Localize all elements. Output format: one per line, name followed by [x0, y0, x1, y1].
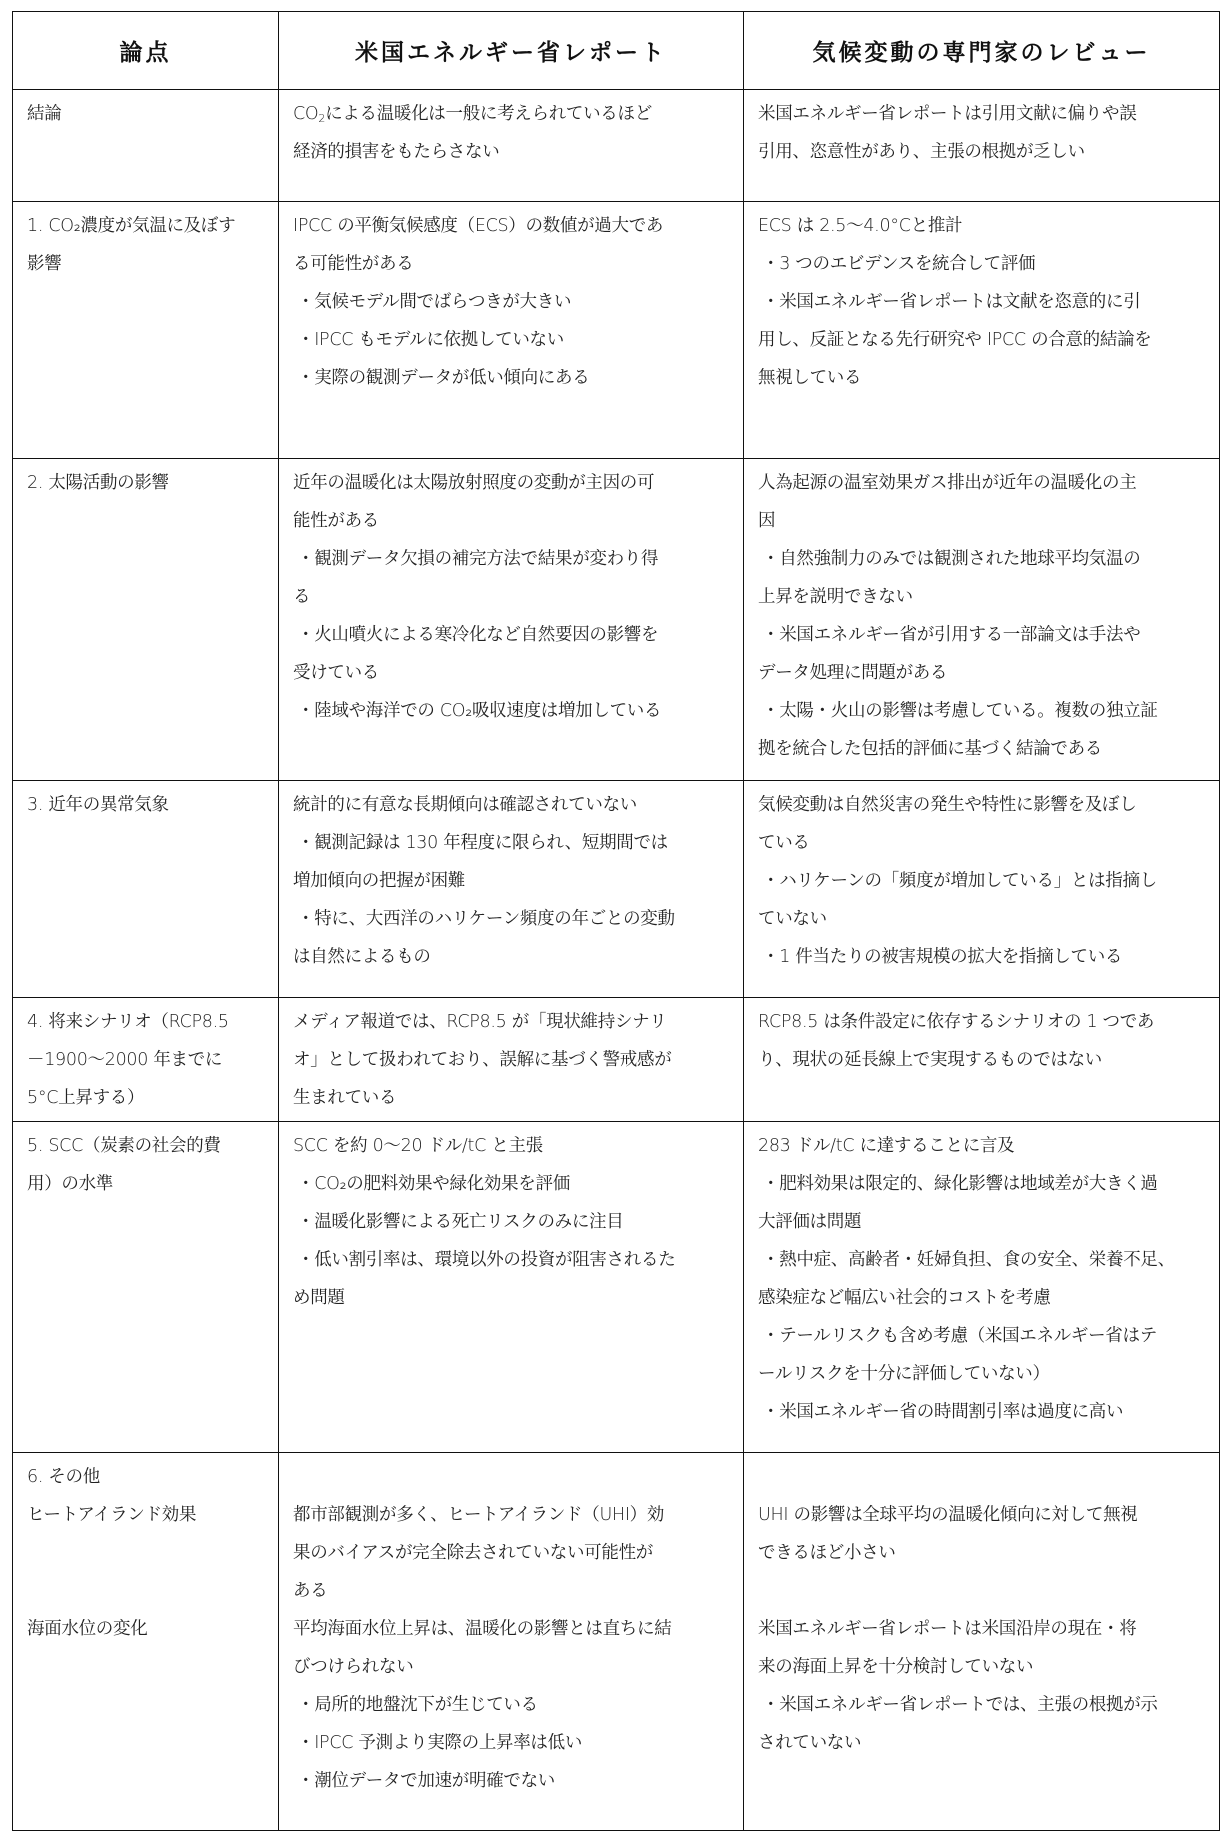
cell-doe: 統計的に有意な長期傾向は確認されていない ・観測記録は 130 年程度に限られ、…	[279, 781, 744, 998]
cell-doe: メディア報道では、RCP8.5 が「現状維持シナリ オ」として扱われており、誤解…	[279, 998, 744, 1122]
header-doe-report: 米国エネルギー省レポート	[279, 12, 744, 90]
cell-doe: SCC を約 0～20 ドル/tC と主張 ・CO₂の肥料効果や緑化効果を評価 …	[279, 1122, 744, 1453]
cell-review: UHI の影響は全球平均の温暖化傾向に対して無視 できるほど小さい 米国エネルギ…	[744, 1453, 1220, 1831]
cell-issue: 6. その他 ヒートアイランド効果 海面水位の変化	[13, 1453, 279, 1831]
cell-review: ECS は 2.5～4.0°Cと推計 ・3 つのエビデンスを統合して評価 ・米国…	[744, 202, 1220, 459]
header-expert-review: 気候変動の専門家のレビュー	[744, 12, 1220, 90]
cell-issue: 結論	[13, 90, 279, 202]
cell-doe: IPCC の平衡気候感度（ECS）の数値が過大であ る可能性がある ・気候モデル…	[279, 202, 744, 459]
cell-issue: 2. 太陽活動の影響	[13, 459, 279, 781]
table-row: 3. 近年の異常気象 統計的に有意な長期傾向は確認されていない ・観測記録は 1…	[13, 781, 1220, 998]
cell-issue: 1. CO₂濃度が気温に及ぼす 影響	[13, 202, 279, 459]
header-issue: 論点	[13, 12, 279, 90]
cell-doe: 近年の温暖化は太陽放射照度の変動が主因の可 能性がある ・観測データ欠損の補完方…	[279, 459, 744, 781]
cell-issue: 5. SCC（炭素の社会的費 用）の水準	[13, 1122, 279, 1453]
cell-review: 人為起源の温室効果ガス排出が近年の温暖化の主 因 ・自然強制力のみでは観測された…	[744, 459, 1220, 781]
cell-review: 気候変動は自然災害の発生や特性に影響を及ぼし ている ・ハリケーンの「頻度が増加…	[744, 781, 1220, 998]
cell-issue: 4. 将来シナリオ（RCP8.5 －1900～2000 年までに 5°C上昇する…	[13, 998, 279, 1122]
header-row: 論点 米国エネルギー省レポート 気候変動の専門家のレビュー	[13, 12, 1220, 90]
co2-text: CO2による温暖化は一般に考えられているほど	[293, 95, 733, 133]
cell-review: RCP8.5 は条件設定に依存するシナリオの 1 つであ り、現状の延長線上で実…	[744, 998, 1220, 1122]
table-row: 結論 CO2による温暖化は一般に考えられているほど 経済的損害をもたらさない 米…	[13, 90, 1220, 202]
comparison-table: 論点 米国エネルギー省レポート 気候変動の専門家のレビュー 結論 CO2による温…	[12, 11, 1220, 1831]
cell-issue: 3. 近年の異常気象	[13, 781, 279, 998]
cell-doe: 都市部観測が多く、ヒートアイランド（UHI）効 果のバイアスが完全除去されていな…	[279, 1453, 744, 1831]
table-row: 5. SCC（炭素の社会的費 用）の水準 SCC を約 0～20 ドル/tC と…	[13, 1122, 1220, 1453]
table-row: 4. 将来シナリオ（RCP8.5 －1900～2000 年までに 5°C上昇する…	[13, 998, 1220, 1122]
table-row: 1. CO₂濃度が気温に及ぼす 影響 IPCC の平衡気候感度（ECS）の数値が…	[13, 202, 1220, 459]
table-row: 6. その他 ヒートアイランド効果 海面水位の変化 都市部観測が多く、ヒートアイ…	[13, 1453, 1220, 1831]
co2-rest: による温暖化は一般に考えられているほど	[325, 104, 652, 124]
cell-doe: CO2による温暖化は一般に考えられているほど 経済的損害をもたらさない	[279, 90, 744, 202]
cell-review: 283 ドル/tC に達することに言及 ・肥料効果は限定的、緑化影響は地域差が大…	[744, 1122, 1220, 1453]
table-row: 2. 太陽活動の影響 近年の温暖化は太陽放射照度の変動が主因の可 能性がある ・…	[13, 459, 1220, 781]
cell-review: 米国エネルギー省レポートは引用文献に偏りや誤 引用、恣意性があり、主張の根拠が乏…	[744, 90, 1220, 202]
